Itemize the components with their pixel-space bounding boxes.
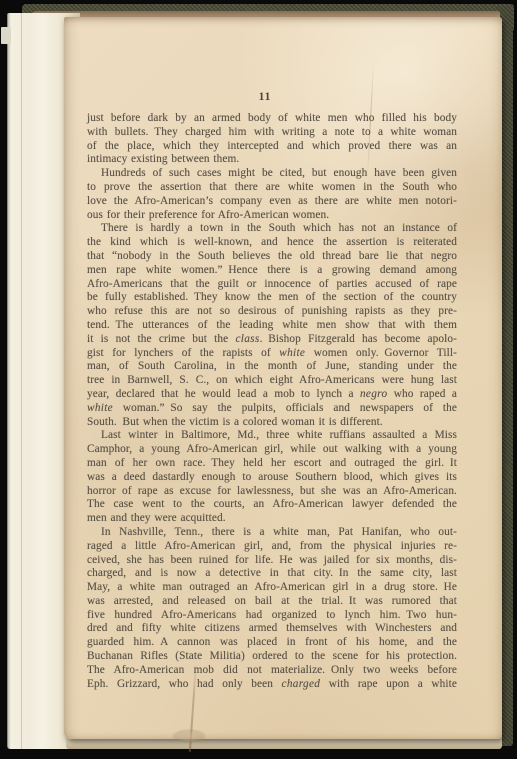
- text-line: the kind which is well-known, and hence …: [87, 236, 457, 250]
- text-line: to prove the assertion that there are wh…: [87, 181, 457, 195]
- text-line: was a deed dastardly enough to arouse So…: [87, 471, 457, 485]
- text-line: five hundred Afro-Americans had organize…: [87, 609, 457, 623]
- text-line: South. But when the victim is a colored …: [87, 416, 457, 430]
- text-line: Hundreds of such cases might be cited, b…: [87, 167, 457, 181]
- page-text: just before dark by an armed body of whi…: [87, 112, 457, 691]
- text-line: Last winter in Baltimore, Md., three whi…: [87, 429, 457, 443]
- text-line: just before dark by an armed body of whi…: [87, 112, 457, 126]
- paragraph: Hundreds of such cases might be cited, b…: [87, 167, 457, 222]
- text-line: There is hardly a town in the South whic…: [87, 222, 457, 236]
- text-line: tend. The utterances of the leading whit…: [87, 319, 457, 333]
- text-line: The case went to the courts, an Afro-Ame…: [87, 498, 457, 512]
- text-line: intimacy existing between them.: [87, 153, 457, 167]
- text-line: tree in Barnwell, S. C., on which eight …: [87, 374, 457, 388]
- text-line: May, a white man outraged an Afro-Americ…: [87, 581, 457, 595]
- text-line: gist for lynchers of the rapists of whit…: [87, 347, 457, 361]
- text-line: was arrested, and released on bail at th…: [87, 595, 457, 609]
- text-line: white woman.” So say the pulpits, offici…: [87, 402, 457, 416]
- text-line: of the place, which they intercepted and…: [87, 140, 457, 154]
- text-line: love the Afro-American’s company even as…: [87, 195, 457, 209]
- text-line: The Afro-American mob did not materializ…: [87, 664, 457, 678]
- text-line: men and they were acquitted.: [87, 512, 457, 526]
- text-line: man, of South Carolina, in the month of …: [87, 360, 457, 374]
- text-line: man of her own race. They held her escor…: [87, 457, 457, 471]
- paragraph: There is hardly a town in the South whic…: [87, 222, 457, 429]
- text-line: that “nobody in the South believes the o…: [87, 250, 457, 264]
- book-scan: 11 just before dark by an armed body of …: [0, 0, 517, 759]
- text-line: year, declared that he would lead a mob …: [87, 388, 457, 402]
- text-line: dred and fifty white citizens armed them…: [87, 622, 457, 636]
- text-line: be fully established. They know the men …: [87, 291, 457, 305]
- page-corner-tab: [1, 27, 11, 44]
- text-line: ceived, she has been ruined for life. He…: [87, 554, 457, 568]
- paragraph: just before dark by an armed body of whi…: [87, 112, 457, 167]
- text-line: In Nashville, Tenn., there is a white ma…: [87, 526, 457, 540]
- text-line: ous for their preference for Afro-Americ…: [87, 209, 457, 223]
- paragraph: Last winter in Baltimore, Md., three whi…: [87, 429, 457, 526]
- book-page: 11 just before dark by an armed body of …: [64, 17, 502, 739]
- text-line: guarded him. A cannon was placed in fron…: [87, 636, 457, 650]
- text-line: it is not the crime but the class. Bisho…: [87, 333, 457, 347]
- text-line: Buchanan Rifles (State Militia) ordered …: [87, 650, 457, 664]
- text-line: horror of rape as excuse for lawlessness…: [87, 485, 457, 499]
- page-fold-mark: [172, 729, 206, 743]
- text-line: who refuse this are not so desirous of p…: [87, 305, 457, 319]
- text-line: Camphor, a young Afro-American girl, whi…: [87, 443, 457, 457]
- text-line: Afro-Americans that the guilt or innocen…: [87, 278, 457, 292]
- text-line: with bullets. They charged him with writ…: [87, 126, 457, 140]
- page-number: 11: [87, 91, 457, 103]
- text-line: charged, and is now a detective in that …: [87, 567, 457, 581]
- text-line: Eph. Grizzard, who had only been charged…: [87, 678, 457, 692]
- text-line: raged a little Afro-American girl, and, …: [87, 540, 457, 554]
- paragraph: In Nashville, Tenn., there is a white ma…: [87, 526, 457, 692]
- text-line: men rape white women.” Hence there is a …: [87, 264, 457, 278]
